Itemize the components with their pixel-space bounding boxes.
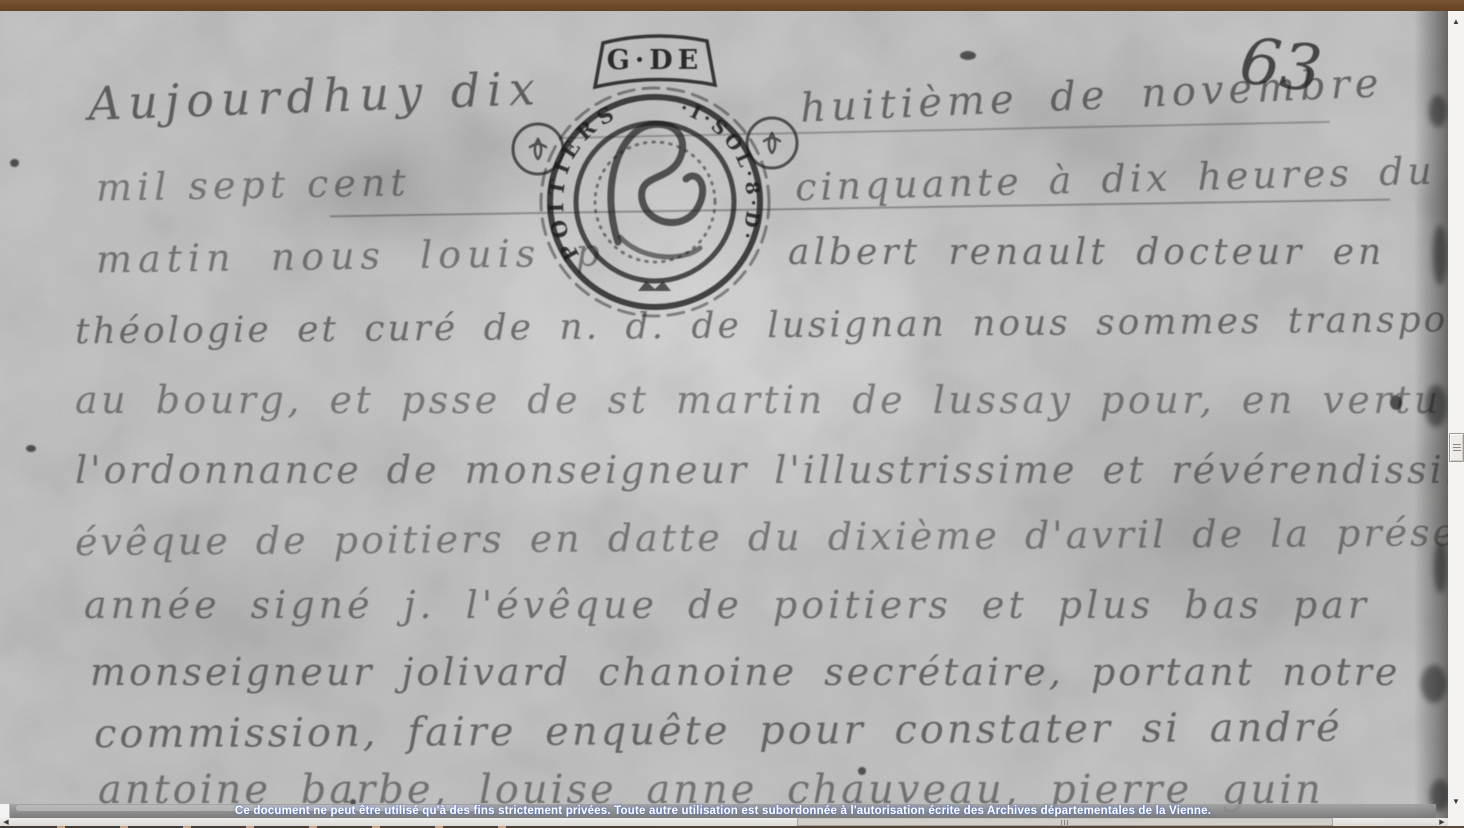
fleur-de-lis-icon [764, 133, 780, 153]
up-arrow-icon: ▲ [1452, 17, 1460, 26]
horizontal-scrollbar[interactable]: ◀ ▶ [0, 818, 1448, 826]
stamp-monogram [611, 124, 703, 242]
edge-stain [1421, 665, 1447, 703]
vertical-scrollbar[interactable]: ▲ ▼ [1448, 11, 1464, 828]
manuscript-line: au bourg, et psse de st martin de lussay… [75, 378, 1448, 422]
ink-speck [960, 51, 976, 60]
thumb-grip-icon [1453, 444, 1461, 452]
manuscript-line: l'ordonnance de monseigneur l'illustriss… [75, 448, 1448, 492]
right-arrow-icon: ▶ [1439, 818, 1444, 826]
viewer-window: Aujourdhuy dix huitième de novembre mil … [0, 0, 1464, 828]
restriction-banner: Ce document ne peut être utilisé qu'à de… [10, 804, 1436, 818]
ink-speck [26, 445, 36, 452]
edge-stain [1433, 225, 1447, 285]
scroll-up-button[interactable]: ▲ [1448, 14, 1464, 28]
restriction-banner-text: Ce document ne peut être utilisé qu'à de… [235, 805, 1211, 817]
folio-number: 63 [1236, 24, 1326, 107]
scroll-down-button[interactable]: ▼ [1448, 794, 1464, 808]
manuscript-line: commission, faire enquête pour constater… [94, 705, 1343, 758]
fleur-de-lis-icon [530, 139, 546, 159]
stamp-monogram-tail [620, 237, 700, 257]
manuscript-line: évêque de poitiers en datte du dixième d… [75, 510, 1448, 564]
document-viewport[interactable]: Aujourdhuy dix huitième de novembre mil … [0, 11, 1448, 828]
down-arrow-icon: ▼ [1452, 797, 1460, 806]
thumb-grip-icon [1061, 820, 1069, 825]
horizontal-scroll-thumb[interactable] [797, 818, 1333, 826]
svg-text:·I·SOL·8·D·: ·I·SOL·8·D· [677, 97, 764, 246]
ink-speck [858, 767, 866, 775]
manuscript-line: albert renault docteur en [788, 232, 1385, 273]
left-arrow-icon: ◀ [3, 818, 8, 826]
manuscript-line: monseigneur jolivard chanoine secrétaire… [90, 650, 1400, 694]
ink-speck [1390, 395, 1402, 410]
tax-stamp: G·DE POITIERS ·I·SOL·8·D· [500, 27, 810, 327]
vertical-scroll-thumb[interactable] [1449, 433, 1464, 462]
stamp-right-label: ·I·SOL·8·D· [677, 97, 764, 246]
scroll-left-button[interactable]: ◀ [0, 818, 12, 826]
scroll-right-button[interactable]: ▶ [1436, 818, 1448, 826]
ink-speck [10, 159, 19, 167]
manuscript-line: mil sept cent [96, 160, 411, 209]
edge-stain [1429, 95, 1447, 127]
edge-stain [1434, 541, 1447, 593]
edge-stain [1425, 385, 1447, 427]
manuscript-line: Aujourdhuy dix [87, 61, 542, 131]
scan-top-edge [0, 0, 1464, 11]
manuscript-line: année signé j. l'évêque de poitiers et p… [84, 583, 1370, 627]
stamp-top-label: G·DE [607, 45, 703, 76]
